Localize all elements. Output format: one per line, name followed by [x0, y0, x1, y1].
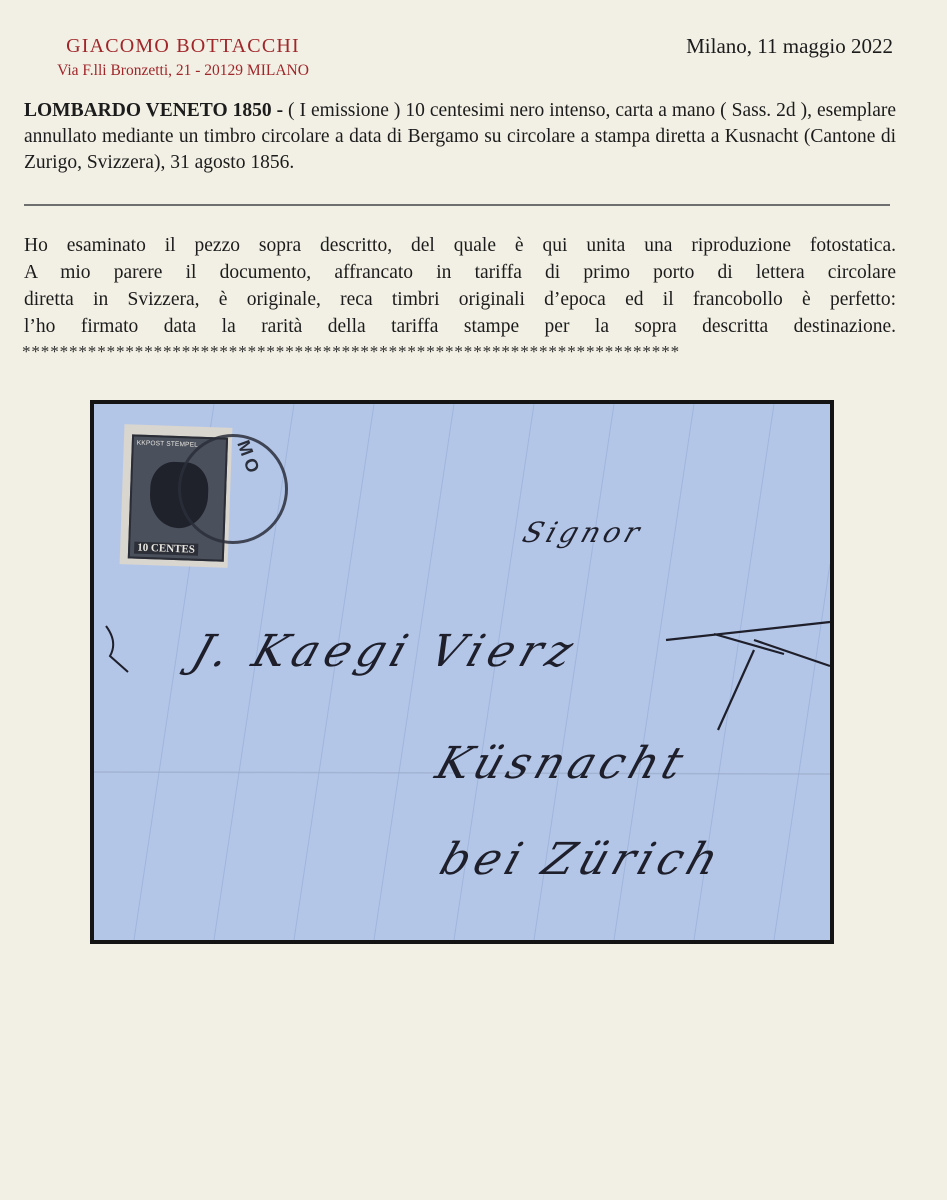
- handwritten-addressee: J. Kaegi Vierz: [186, 626, 585, 677]
- certification-text: Ho esaminato il pezzo sopra descritto, d…: [24, 232, 896, 340]
- description-title: LOMBARDO VENETO 1850 -: [24, 100, 283, 121]
- cover-photo: KKPOST STEMPEL 10 CENTES MO Signor J. Ka…: [90, 400, 834, 944]
- handwritten-canton: bei Zürich: [434, 834, 730, 885]
- certification-line: Ho esaminato il pezzo sopra descritto, d…: [24, 232, 896, 259]
- place-date: Milano, 11 maggio 2022: [686, 34, 893, 59]
- divider-rule: [24, 204, 890, 206]
- circular-postmark: [178, 434, 288, 544]
- certification-line: A mio parere il documento, affrancato in…: [24, 259, 896, 286]
- firm-name: GIACOMO BOTTACCHI: [22, 34, 344, 58]
- handwritten-greeting: Signor: [519, 516, 648, 549]
- certification-line: l’ho firmato data la rarità della tariff…: [24, 313, 896, 340]
- certification-line: diretta in Svizzera, è originale, reca t…: [24, 286, 896, 313]
- letterhead: GIACOMO BOTTACCHI Via F.lli Bronzetti, 2…: [22, 34, 344, 82]
- fold-mark: [106, 626, 128, 672]
- asterisk-separator: ****************************************…: [22, 342, 896, 362]
- stamp-inscription: KKPOST STEMPEL: [137, 440, 198, 449]
- cross-mark: [666, 622, 830, 730]
- firm-address: Via F.lli Bronzetti, 21 - 20129 MILANO: [22, 60, 344, 82]
- stamp-value: 10 CENTES: [134, 542, 198, 556]
- handwritten-town: Küsnacht: [430, 738, 695, 789]
- item-description: LOMBARDO VENETO 1850 - ( I emissione ) 1…: [24, 98, 896, 176]
